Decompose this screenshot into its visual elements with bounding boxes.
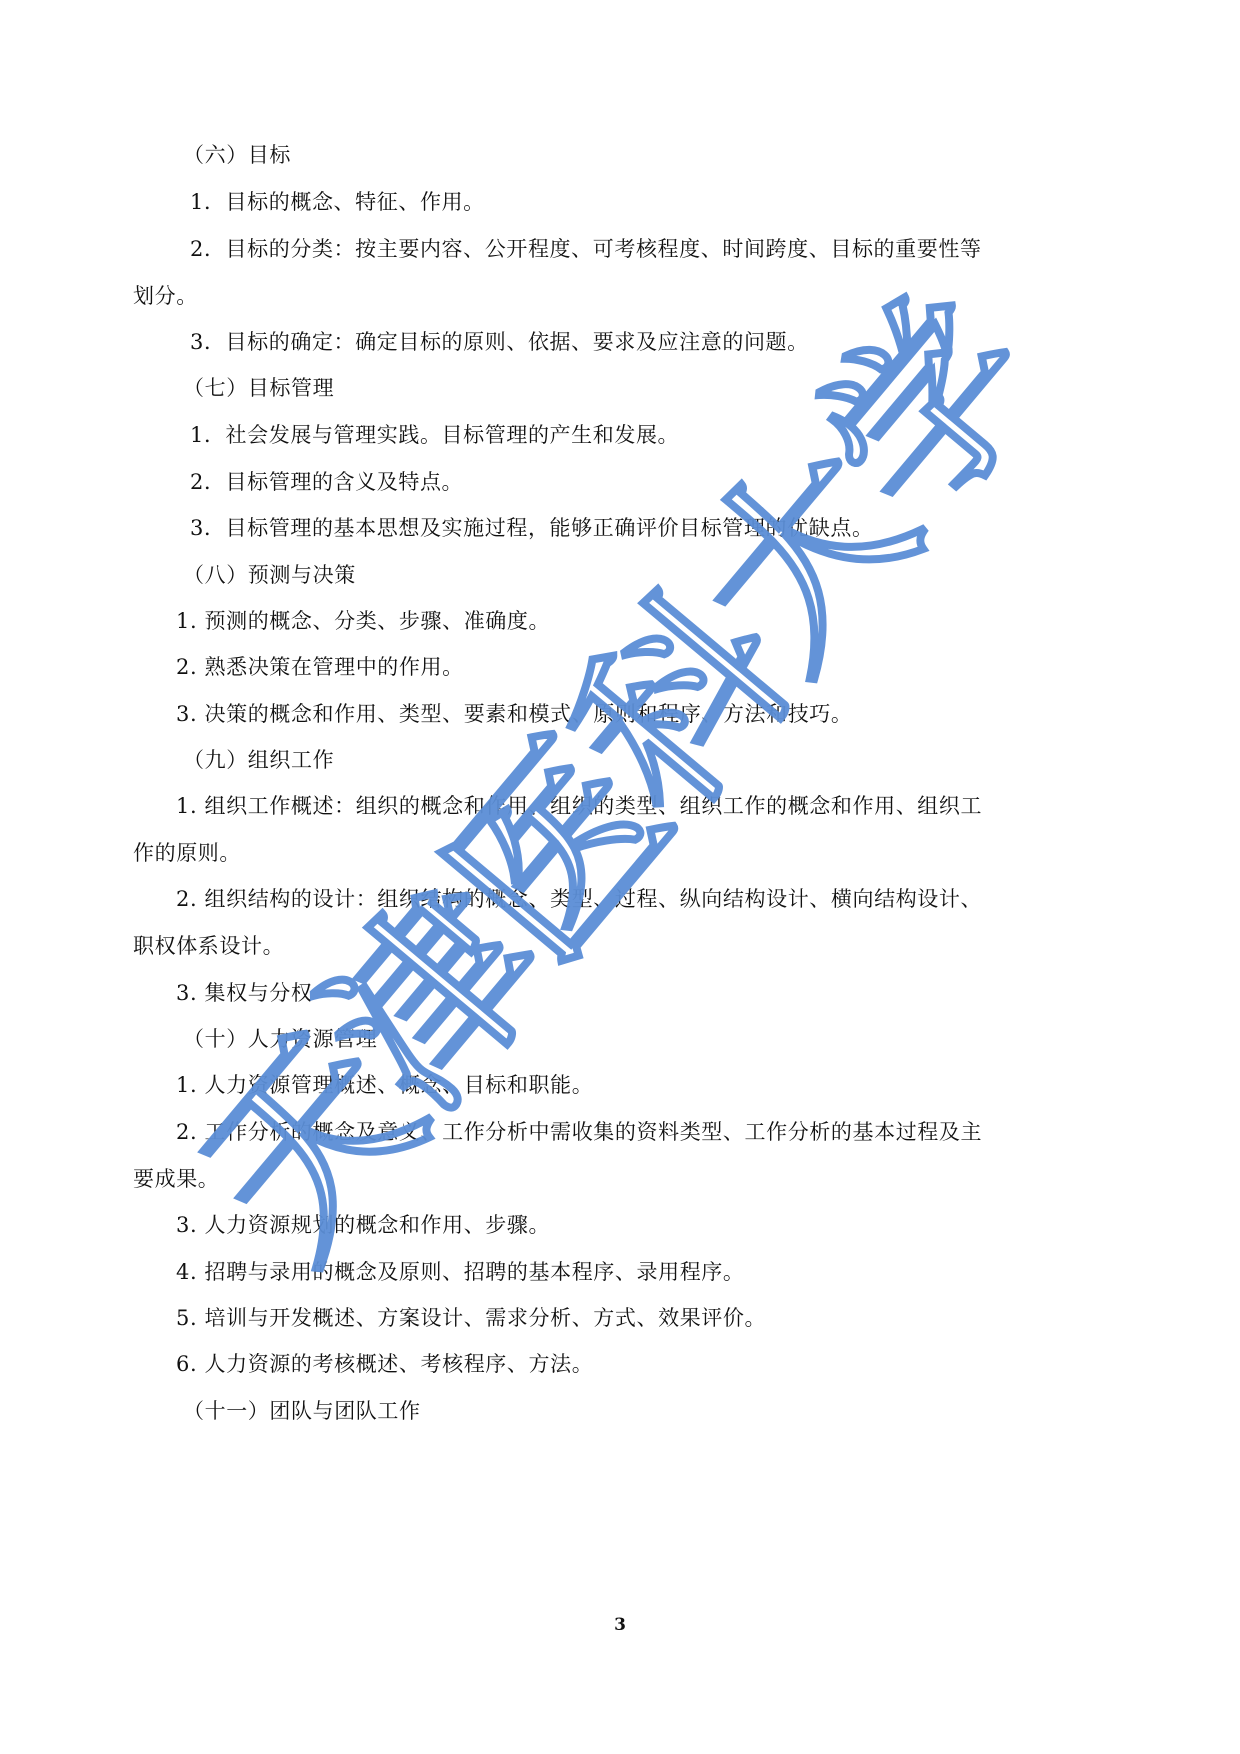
list-item: 2. 熟悉决策在管理中的作用。 (176, 653, 464, 681)
list-item-continuation: 职权体系设计。 (133, 932, 284, 960)
section-heading: （十一）团队与团队工作 (183, 1397, 421, 1425)
list-item: 5. 培训与开发概述、方案设计、需求分析、方式、效果评价。 (176, 1304, 766, 1332)
section-heading: （六）目标 (183, 141, 291, 169)
list-item-continuation: 作的原则。 (133, 839, 241, 867)
list-item: 2．目标管理的含义及特点。 (190, 468, 463, 496)
section-heading: （七）目标管理 (183, 374, 334, 402)
list-item: 3．目标的确定：确定目标的原则、依据、要求及应注意的问题。 (190, 328, 809, 356)
document-page: （六）目标 1．目标的概念、特征、作用。 2．目标的分类：按主要内容、公开程度、… (0, 0, 1240, 1754)
section-heading: （九）组织工作 (183, 746, 334, 774)
list-item: 1. 人力资源管理概述、概念、目标和职能。 (176, 1071, 593, 1099)
list-item: 4. 招聘与录用的概念及原则、招聘的基本程序、录用程序。 (176, 1258, 745, 1286)
list-item: 2. 工作分析的概念及意义、工作分析中需收集的资料类型、工作分析的基本过程及主 (176, 1118, 982, 1146)
page-number: 3 (0, 1615, 1240, 1635)
list-item: 6. 人力资源的考核概述、考核程序、方法。 (176, 1350, 593, 1378)
list-item: 3. 集权与分权 (176, 979, 313, 1007)
list-item: 1. 组织工作概述：组织的概念和作用、组织的类型、组织工作的概念和作用、组织工 (176, 792, 982, 820)
list-item: 2. 组织结构的设计：组织结构的概念、类型、过程、纵向结构设计、横向结构设计、 (176, 885, 982, 913)
section-heading: （八）预测与决策 (183, 561, 356, 589)
list-item-continuation: 划分。 (133, 282, 198, 310)
list-item: 3. 决策的概念和作用、类型、要素和模式、原则和程序、方法和技巧。 (176, 700, 853, 728)
list-item: 3．目标管理的基本思想及实施过程，能够正确评价目标管理的优缺点。 (190, 514, 874, 542)
list-item: 1．目标的概念、特征、作用。 (190, 188, 485, 216)
section-heading: （十）人力资源管理 (183, 1025, 377, 1053)
list-item-continuation: 要成果。 (133, 1165, 219, 1193)
list-item: 1. 预测的概念、分类、步骤、准确度。 (176, 607, 550, 635)
list-item: 2．目标的分类：按主要内容、公开程度、可考核程度、时间跨度、目标的重要性等 (190, 235, 982, 263)
list-item: 3. 人力资源规划的概念和作用、步骤。 (176, 1211, 550, 1239)
list-item: 1．社会发展与管理实践。目标管理的产生和发展。 (190, 421, 679, 449)
